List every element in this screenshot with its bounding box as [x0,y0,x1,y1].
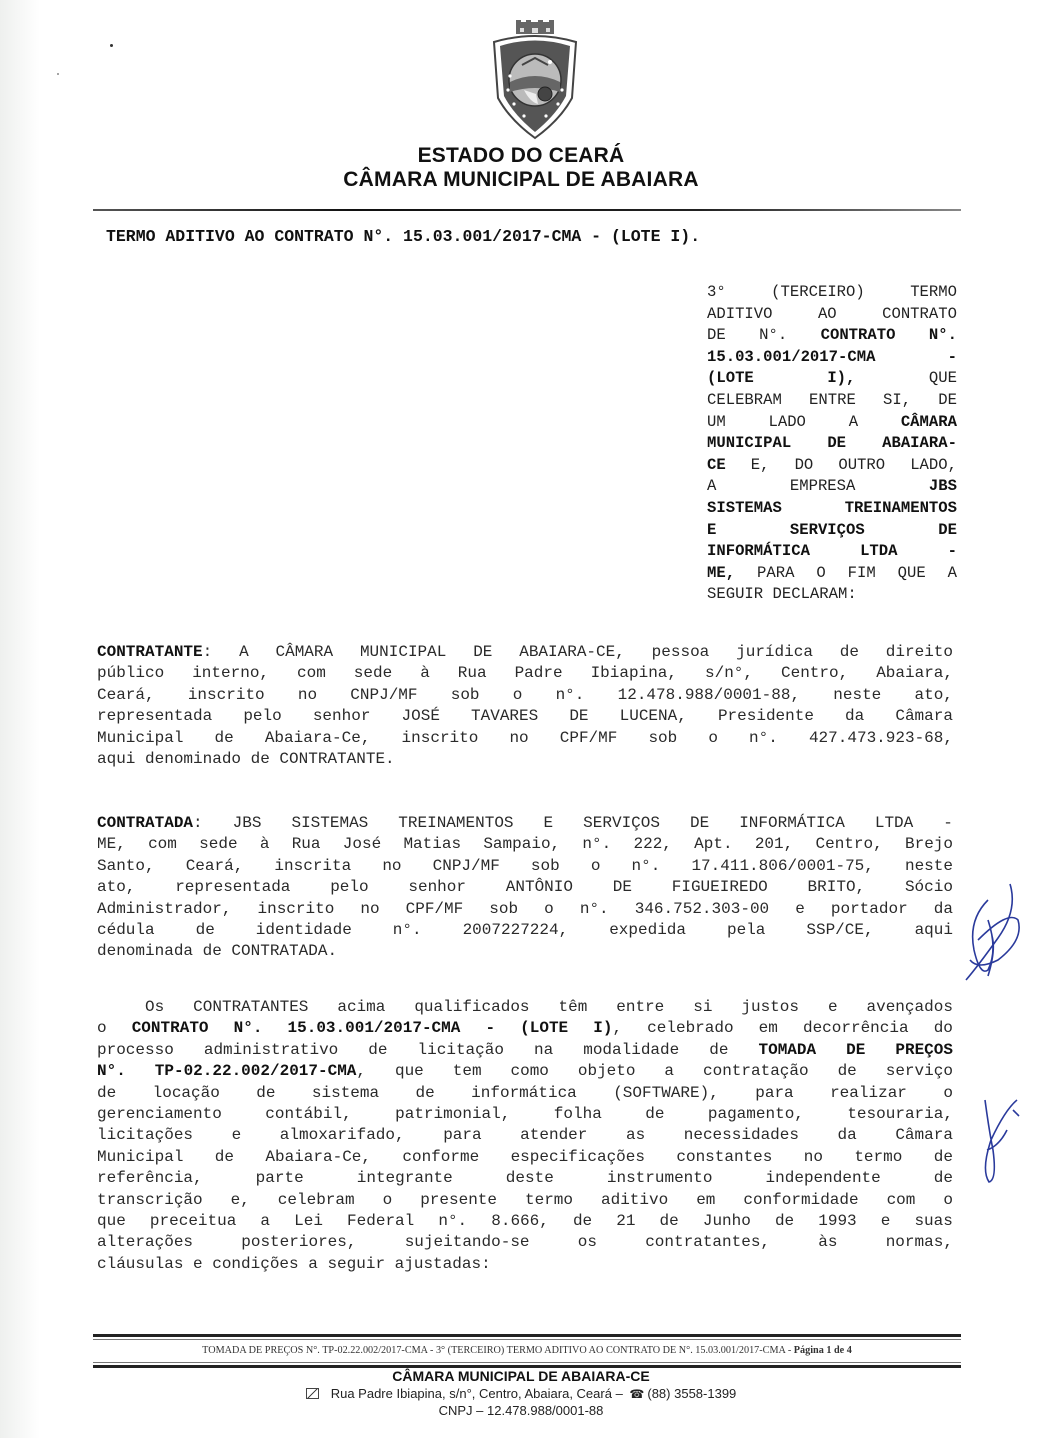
text-run: A [849,412,858,434]
ementa-line: CEE,DOOUTROLADO, [707,455,957,477]
word: n°. [580,899,609,920]
paragraph-line: ato,representadapelosenhorANTÔNIODEFIGUE… [97,877,953,898]
word: para [443,1125,481,1146]
word: José [343,834,381,855]
word: os [578,1232,597,1253]
word: CONTRATANTES [193,997,308,1018]
paragraph-line: Administrador,inscritonoCPF/MFsobon°.346… [97,899,953,920]
word: de [416,1083,435,1104]
word: s/n°, [705,663,753,684]
paragraph-contratada: CONTRATADA:JBSSISTEMASTREINAMENTOSESERVI… [97,813,953,963]
word: pagamento, [708,1104,804,1125]
word: as [626,1125,645,1146]
word: Sampaio, [483,834,560,855]
paragraph-line: representadapelosenhorJOSÉTAVARESDELUCEN… [97,706,953,727]
word: pelo [330,877,368,898]
word: inscrito [188,685,265,706]
paragraph-line: oCONTRATON°.15.03.001/2017-CMA-(LOTEI),c… [97,1018,953,1039]
word: sob [531,856,560,877]
text-run: LTDA [860,541,897,563]
word: N°. [97,1061,126,1082]
word: à [260,834,270,855]
word: celebrado [647,1018,733,1039]
ementa-line: INFORMÁTICALTDA- [707,541,957,563]
paragraph-line: licitaçõesealmoxarifado,paraatenderasnec… [97,1125,953,1146]
word: Ceará, [186,856,244,877]
word: de [934,1147,953,1168]
text-run: 3° [707,282,726,304]
word: N°. [234,1018,263,1039]
word: portador [831,899,908,920]
word: ABAIARA-CE, [519,642,625,663]
word: CNPJ/MF [433,856,500,877]
word: representada [175,877,290,898]
word: de [840,642,859,663]
word: independente [766,1168,881,1189]
word: e [881,1211,891,1232]
word: JOSÉ [402,706,440,727]
word: pessoa [652,642,710,663]
word: CONTRATO [132,1018,209,1039]
text-run: LADO [768,412,805,434]
envelope-icon [306,1388,319,1399]
paragraph-line: Santo,Ceará,inscritanoCNPJ/MFsobon°.17.4… [97,856,953,877]
word: Padre [515,663,563,684]
word: almoxarifado, [280,1125,405,1146]
word: Abaiara-Ce, [265,728,371,749]
word: na [534,1040,553,1061]
word: folha [554,1104,602,1125]
word: BRITO, [808,877,866,898]
word: expedida [609,920,686,941]
word: licitação [418,1040,504,1061]
scan-speck [110,44,113,47]
ementa-line: 3°(TERCEIRO)TERMO [707,282,957,304]
word: no [360,899,379,920]
word: ato, [915,685,953,706]
word: em [759,1018,778,1039]
text-run: SISTEMAS [707,498,782,520]
word: no [382,856,401,877]
text-run: SERVIÇOS [790,520,865,542]
word: ato, [97,877,135,898]
word: Abaiara, [876,663,953,684]
footer-reference: TOMADA DE PREÇOS N°. TP-02.22.002/2017-C… [93,1345,961,1356]
word: direito [886,642,953,663]
word: tem [453,1061,482,1082]
word: sob [489,899,518,920]
word: instrumento [607,1168,713,1189]
text-run: I), [827,368,855,390]
word: 17.411.806/0001-75, [691,856,873,877]
word: de [97,1083,116,1104]
word: CPF/MF [560,728,618,749]
word: referência, [97,1168,203,1189]
text-run: A [707,476,716,498]
word: n°. [393,920,422,941]
word: licitações [97,1125,193,1146]
paragraph-line: gerenciamentocontábil,patrimonial,folhad… [97,1104,953,1125]
word: têm [558,997,587,1018]
word: Câmara [895,1125,953,1146]
word: transcrição [97,1190,203,1211]
footer-divider [93,1334,961,1337]
word: termo [525,1190,573,1211]
word: informática [471,1083,577,1104]
word: pelo [243,706,281,727]
word: da [934,899,953,920]
word: aditivo [601,1190,668,1211]
text-run: JBS [929,476,957,498]
paragraph-line: cláusulas e condições a seguir ajustadas… [97,1254,953,1275]
word: com [148,834,177,855]
text-run: N°. [759,325,787,347]
word: contratação [703,1061,809,1082]
word: Brejo [905,834,953,855]
word: 1993 [818,1211,856,1232]
text-run: OUTRO [838,455,885,477]
word: com [297,663,326,684]
footer-address-text: Rua Padre Ibiapina, s/n°, Centro, Abaiar… [331,1386,627,1401]
word: especificações [511,1147,645,1168]
word: interno, [192,663,269,684]
paragraph-line: Ceará,inscritonoCNPJ/MFsobon°.12.478.988… [97,685,953,706]
word: no [509,728,528,749]
word: alterações [97,1232,193,1253]
text-run: aqui denominado de CONTRATANTE. [97,749,395,770]
paragraph-line: quepreceituaaLeiFederaln°.8.666,de21deJu… [97,1211,953,1232]
word: de [215,728,234,749]
word: tesouraria, [847,1104,953,1125]
word: preceitua [150,1211,236,1232]
text-run: UM [707,412,726,434]
word: às [818,1232,837,1253]
word: a [260,1211,270,1232]
word: pela [727,920,765,941]
word: que [395,1061,424,1082]
word: acima [337,997,385,1018]
ementa-line: SEGUIR DECLARAM: [707,584,957,606]
word: E [544,813,554,834]
word: modalidade [583,1040,679,1061]
ementa-line: SISTEMASTREINAMENTOS [707,498,957,520]
word: patrimonial, [395,1104,510,1125]
word: de [573,1211,592,1232]
text-run: ENTRE [809,390,856,412]
scan-edge-shadow [0,0,40,1438]
word: o [943,1190,953,1211]
word: o [97,1018,107,1039]
word: e [232,1125,242,1146]
word: Centro, [781,663,848,684]
word: constantes [676,1147,772,1168]
word: 21 [616,1211,635,1232]
word: a [664,1061,674,1082]
paragraph-line: processoadministrativodelicitaçãonamodal… [97,1040,953,1061]
text-run: (TERCEIRO) [771,282,865,304]
word: 427.473.923-68, [809,728,953,749]
word: o [708,728,718,749]
text-run: FIM [848,563,876,585]
word: sob [648,728,677,749]
word: DE [690,813,709,834]
word: cédula [97,920,155,941]
text-run: N°. [929,325,957,347]
word: inscrito [257,899,334,920]
word: conformidade [743,1190,858,1211]
ementa-line: 15.03.001/2017-CMA- [707,347,957,369]
word: processo [97,1040,174,1061]
paragraph-line: MunicipaldeAbaiara-Ce,conformeespecifica… [97,1147,953,1168]
word: para [755,1083,793,1104]
word: Sócio [905,877,953,898]
word: Junho [703,1211,751,1232]
word: representada [97,706,212,727]
word: o [383,1190,393,1211]
word: deste [506,1168,554,1189]
word: si [693,997,712,1018]
word: PREÇOS [895,1040,953,1061]
word: CNPJ/MF [350,685,417,706]
word: Municipal [97,1147,183,1168]
ementa-line: ME,PARAOFIMQUEA [707,563,957,585]
word: Centro, [816,834,883,855]
word: n°. [438,1211,467,1232]
word: 15.03.001/2017-CMA [288,1018,461,1039]
word: LUCENA, [620,706,687,727]
ementa-line: UMLADOACÂMARA [707,412,957,434]
word: o [943,1083,953,1104]
text-run: DO [795,455,814,477]
word: de [196,920,215,941]
word: Câmara [895,706,953,727]
word: CPF/MF [406,899,464,920]
word: MUNICIPAL [360,642,446,663]
word: INFORMÁTICA [739,813,845,834]
ementa-line: AEMPRESAJBS [707,476,957,498]
word: DE [473,642,492,663]
text-run: INFORMÁTICA [707,541,810,563]
word: de [934,1168,953,1189]
text-run: denominada de CONTRATADA. [97,941,337,962]
word: sob [451,685,480,706]
header-institution: CÂMARA MUNICIPAL DE ABAIARA [0,168,1042,192]
signature-initials-icon [958,880,1028,990]
text-run: O [816,563,825,585]
word: presente [420,1190,497,1211]
word: DE [846,1040,865,1061]
word: Ceará, [97,685,155,706]
word: em [696,1190,715,1211]
text-run: LADO, [910,455,957,477]
word: CÂMARA [276,642,334,663]
header-divider [93,209,961,211]
text-run: - [948,541,957,563]
scan-speck [57,73,59,75]
word: n°. [582,834,611,855]
word: o [591,856,601,877]
word: avençados [867,997,953,1018]
word: 222, [633,834,671,855]
text-run: ME, [707,563,735,585]
word: identidade [256,920,352,941]
word: serviço [886,1061,953,1082]
word: ME, [97,834,126,855]
footer-divider [93,1339,961,1340]
word: TREINAMENTOS [398,813,513,834]
word: de [775,1211,794,1232]
text-run: DE [827,433,846,455]
word: suas [914,1211,952,1232]
signature-initials-icon [975,1090,1025,1190]
word: CONTRATANTE: [97,642,212,663]
word: e [795,899,805,920]
paragraph-preambulo: OsCONTRATANTESacimaqualificadostêmentres… [97,997,953,1275]
word: no [804,1147,823,1168]
word: sede [354,663,392,684]
word: SSP/CE, [806,920,873,941]
word: o [513,685,523,706]
word: Abaiara-Ce, [265,1147,371,1168]
word: realizar [830,1083,907,1104]
word: parte [256,1168,304,1189]
word: LTDA [875,813,913,834]
text-run: CELEBRAM [707,390,782,412]
word: 2007227224, [463,920,569,941]
word: neste [833,685,881,706]
word: Federal [347,1211,414,1232]
paragraph-line: transcriçãoe,celebramopresentetermoaditi… [97,1190,953,1211]
word: senhor [313,706,371,727]
word: 346.752.303-00 [635,899,769,920]
word: conforme [402,1147,479,1168]
word: celebram [278,1190,355,1211]
word: sede [199,834,237,855]
word: da [838,1125,857,1146]
coat-of-arms-icon [480,20,590,140]
word: que [97,1211,126,1232]
text-run: SI, [883,390,911,412]
word: Apt. [694,834,732,855]
text-run: (LOTE [707,368,754,390]
word: o [544,899,554,920]
word: público [97,663,164,684]
page-number: Página 1 de 4 [794,1345,852,1356]
word: 8.666, [491,1211,549,1232]
word: de [645,1104,664,1125]
text-run: MUNICIPAL [707,433,791,455]
word: Presidente [718,706,814,727]
word: TOMADA [759,1040,817,1061]
text-run: DE [707,325,726,347]
text-run: EMPRESA [790,476,856,498]
word: Santo, [97,856,155,877]
word: de [256,1083,275,1104]
footer-phone: (88) 3558-1399 [647,1386,736,1401]
word: posteriores, [241,1232,356,1253]
word: n°. [556,685,585,706]
word: 12.478.988/0001-88, [618,685,800,706]
paragraph-line: CONTRATANTE:ACÂMARAMUNICIPALDEABAIARA-CE… [97,642,953,663]
paragraph-line: MunicipaldeAbaiara-Ce,inscritonoCPF/MFso… [97,728,953,749]
text-run: ADITIVO [707,304,773,326]
header-state: ESTADO DO CEARÁ [0,144,1042,168]
ementa-line: MUNICIPALDEABAIARA- [707,433,957,455]
text-run: CÂMARA [901,412,957,434]
word: A [239,642,249,663]
word: da [845,706,864,727]
word: CONTRATADA: [97,813,203,834]
telephone-icon: ☎ [629,1387,644,1401]
word: de [215,1147,234,1168]
word: neste [905,856,953,877]
word: de [660,1211,679,1232]
word: qualificados [414,997,529,1018]
word: Matias [403,834,461,855]
word: contábil, [265,1104,351,1125]
word: - [943,813,953,834]
text-run: DE [938,520,957,542]
ementa-line: CELEBRAMENTRESI,DE [707,390,957,412]
text-run: - [948,347,957,369]
paragraph-line: públicointerno,comsedeàRuaPadreIbiapina,… [97,663,953,684]
paragraph-line: N°.TP-02.22.002/2017-CMA,quetemcomoobjet… [97,1061,953,1082]
word: (SOFTWARE), [613,1083,719,1104]
word: I), [593,1018,622,1039]
text-run: E, [751,455,770,477]
paragraph-line: céduladeidentidaden°.2007227224,expedida… [97,920,953,941]
paragraph-line: denominada de CONTRATADA. [97,941,953,962]
word: - [485,1018,495,1039]
text-run: A [948,563,957,585]
word: administrativo [204,1040,338,1061]
word: Rua [292,834,321,855]
text-run: CE [707,455,726,477]
word: Ibiapina, [591,663,677,684]
word: SERVIÇOS [583,813,660,834]
word: n°. [749,728,778,749]
word: n°. [632,856,661,877]
footer-cnpj: CNPJ – 12.478.988/0001-88 [0,1403,1042,1418]
word: inscrita [274,856,351,877]
text-run: DE [938,390,957,412]
text-run: PARA [757,563,794,585]
word: decorrência [803,1018,909,1039]
word: sistema [312,1083,379,1104]
word: contratantes, [645,1232,770,1253]
text-run: TREINAMENTOS [845,498,957,520]
word: sujeitando-se [405,1232,530,1253]
word: objeto [578,1061,636,1082]
footer-org-name: CÂMARA MUNICIPAL DE ABAIARA-CE [0,1368,1042,1384]
text-run: QUE [929,368,957,390]
paragraph-contratante: CONTRATANTE:ACÂMARAMUNICIPALDEABAIARA-CE… [97,642,953,770]
text-run: CONTRATO [821,325,896,347]
word: jurídica [736,642,813,663]
word: atender [520,1125,587,1146]
word: normas, [886,1232,953,1253]
word: Os [97,997,164,1018]
word: FIGUEIREDO [672,877,768,898]
ementa-block: 3°(TERCEIRO)TERMOADITIVOAOCONTRATODEN°.C… [707,282,957,606]
word: gerenciamento [97,1104,222,1125]
word: de [368,1040,387,1061]
word: TP-02.22.002/2017-CMA, [155,1061,366,1082]
word: DE [569,706,588,727]
word: entre [616,997,664,1018]
word: no [298,685,317,706]
footer-divider [93,1362,961,1363]
